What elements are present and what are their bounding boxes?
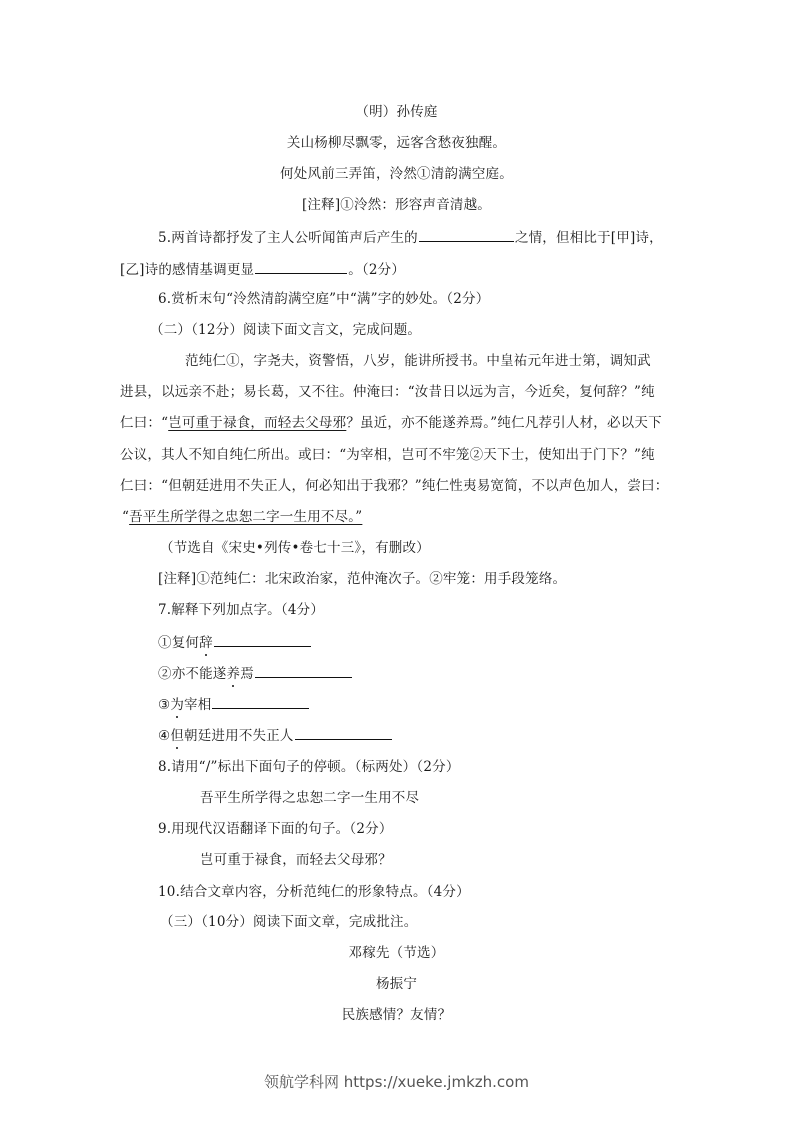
passage-line-3: 仁曰：“岂可重于禄食，而轻去父母邪？虽近，亦不能遂养焉。”纯仁凡荐引人材，必以天…: [120, 414, 662, 432]
question-5-line-2: [乙]诗的感情基调更显。（2分）: [120, 259, 405, 279]
poem-author: （明）孙传庭: [0, 103, 793, 121]
dotted-character: 但: [170, 727, 184, 745]
section-3-heading: （三）（10分）阅读下面文章，完成批注。: [160, 913, 417, 931]
passage-line-2: 进县，以远亲不赴；易长葛，又不往。仲淹曰：“汝昔日以远为言，今近矣，复何辞？”纯: [120, 383, 655, 401]
article-title: 邓稼先（节选）: [0, 944, 793, 962]
passage-note: [注释]①范纯仁：北宋政治家，范仲淹次子。②牢笼：用手段笼络。: [158, 570, 566, 588]
poem-note: [注释]①泠然：形容声音清越。: [0, 196, 793, 214]
question-7-item-1: ①复何辞: [158, 632, 312, 652]
question-5-line-1: 5.两首诗都抒发了主人公听闻笛声后产生的之情，但相比于[甲]诗，: [158, 227, 663, 247]
dotted-character: 辞: [199, 634, 213, 652]
question-8-sentence: 吾平生所学得之忠恕二字一生用不尽: [200, 789, 419, 807]
answer-blank[interactable]: [255, 259, 347, 274]
passage-line-4: 公议，其人不知自纯仁所出。或曰：“为宰相，岂可不牢笼②天下士，使知出于门下？”纯: [120, 446, 655, 464]
section-2-heading: （二）（12分）阅读下面文言文，完成问题。: [150, 321, 421, 339]
answer-blank[interactable]: [212, 694, 309, 709]
passage-source: （节选自《宋史•列传•卷七十三》，有删改）: [160, 539, 430, 557]
answer-blank[interactable]: [419, 227, 514, 242]
question-7-item-2: ②亦不能遂养焉: [158, 663, 353, 683]
article-subtitle: 民族感情？友情？: [0, 1006, 793, 1024]
footer-watermark: 领航学科网 https://xueke.jmkzh.com: [0, 1071, 793, 1092]
answer-blank[interactable]: [214, 632, 311, 647]
question-7-item-3: ③为宰相: [158, 694, 310, 714]
question-9: 9.用现代汉语翻译下面的句子。（2分）: [158, 820, 393, 838]
poem-line-2: 何处风前三弄笛，泠然①清韵满空庭。: [0, 165, 793, 183]
question-7: 7.解释下列加点字。（4分）: [158, 601, 324, 619]
question-6: 6.赏析末句“泠然清韵满空庭”中“满”字的妙处。（2分）: [158, 290, 489, 308]
question-7-item-4: ④但朝廷进用不失正人: [158, 725, 393, 745]
poem-line-1: 关山杨柳尽飘零，远客含愁夜独醒。: [0, 134, 793, 152]
question-10: 10.结合文章内容，分析范纯仁的形象特点。（4分）: [158, 883, 470, 901]
article-author: 杨振宁: [0, 975, 793, 993]
question-9-sentence: 岂可重于禄食，而轻去父母邪？: [200, 851, 392, 869]
underlined-sentence: 岂可重于禄食，而轻去父母邪: [168, 415, 346, 431]
passage-line-6: “吾平生所学得之忠恕二字一生用不尽。”: [122, 508, 362, 526]
dotted-character: 为: [170, 696, 184, 714]
passage-line-5: 仁曰：“但朝廷进用不失正人，何必知出于我邪？”纯仁性夷易宽简，不以声色加人，尝曰…: [120, 477, 669, 495]
dotted-character: 养: [227, 665, 241, 683]
question-8: 8.请用“/”标出下面句子的停顿。（标两处）（2分）: [158, 758, 460, 776]
passage-line-1: 范纯仁①，字尧夫，资警悟，八岁，能讲所授书。中皇祐元年进士第，调知武: [185, 352, 651, 370]
answer-blank[interactable]: [255, 663, 352, 678]
underlined-sentence: 吾平生所学得之忠恕二字一生用不尽。”: [129, 509, 362, 525]
answer-blank[interactable]: [295, 725, 392, 740]
